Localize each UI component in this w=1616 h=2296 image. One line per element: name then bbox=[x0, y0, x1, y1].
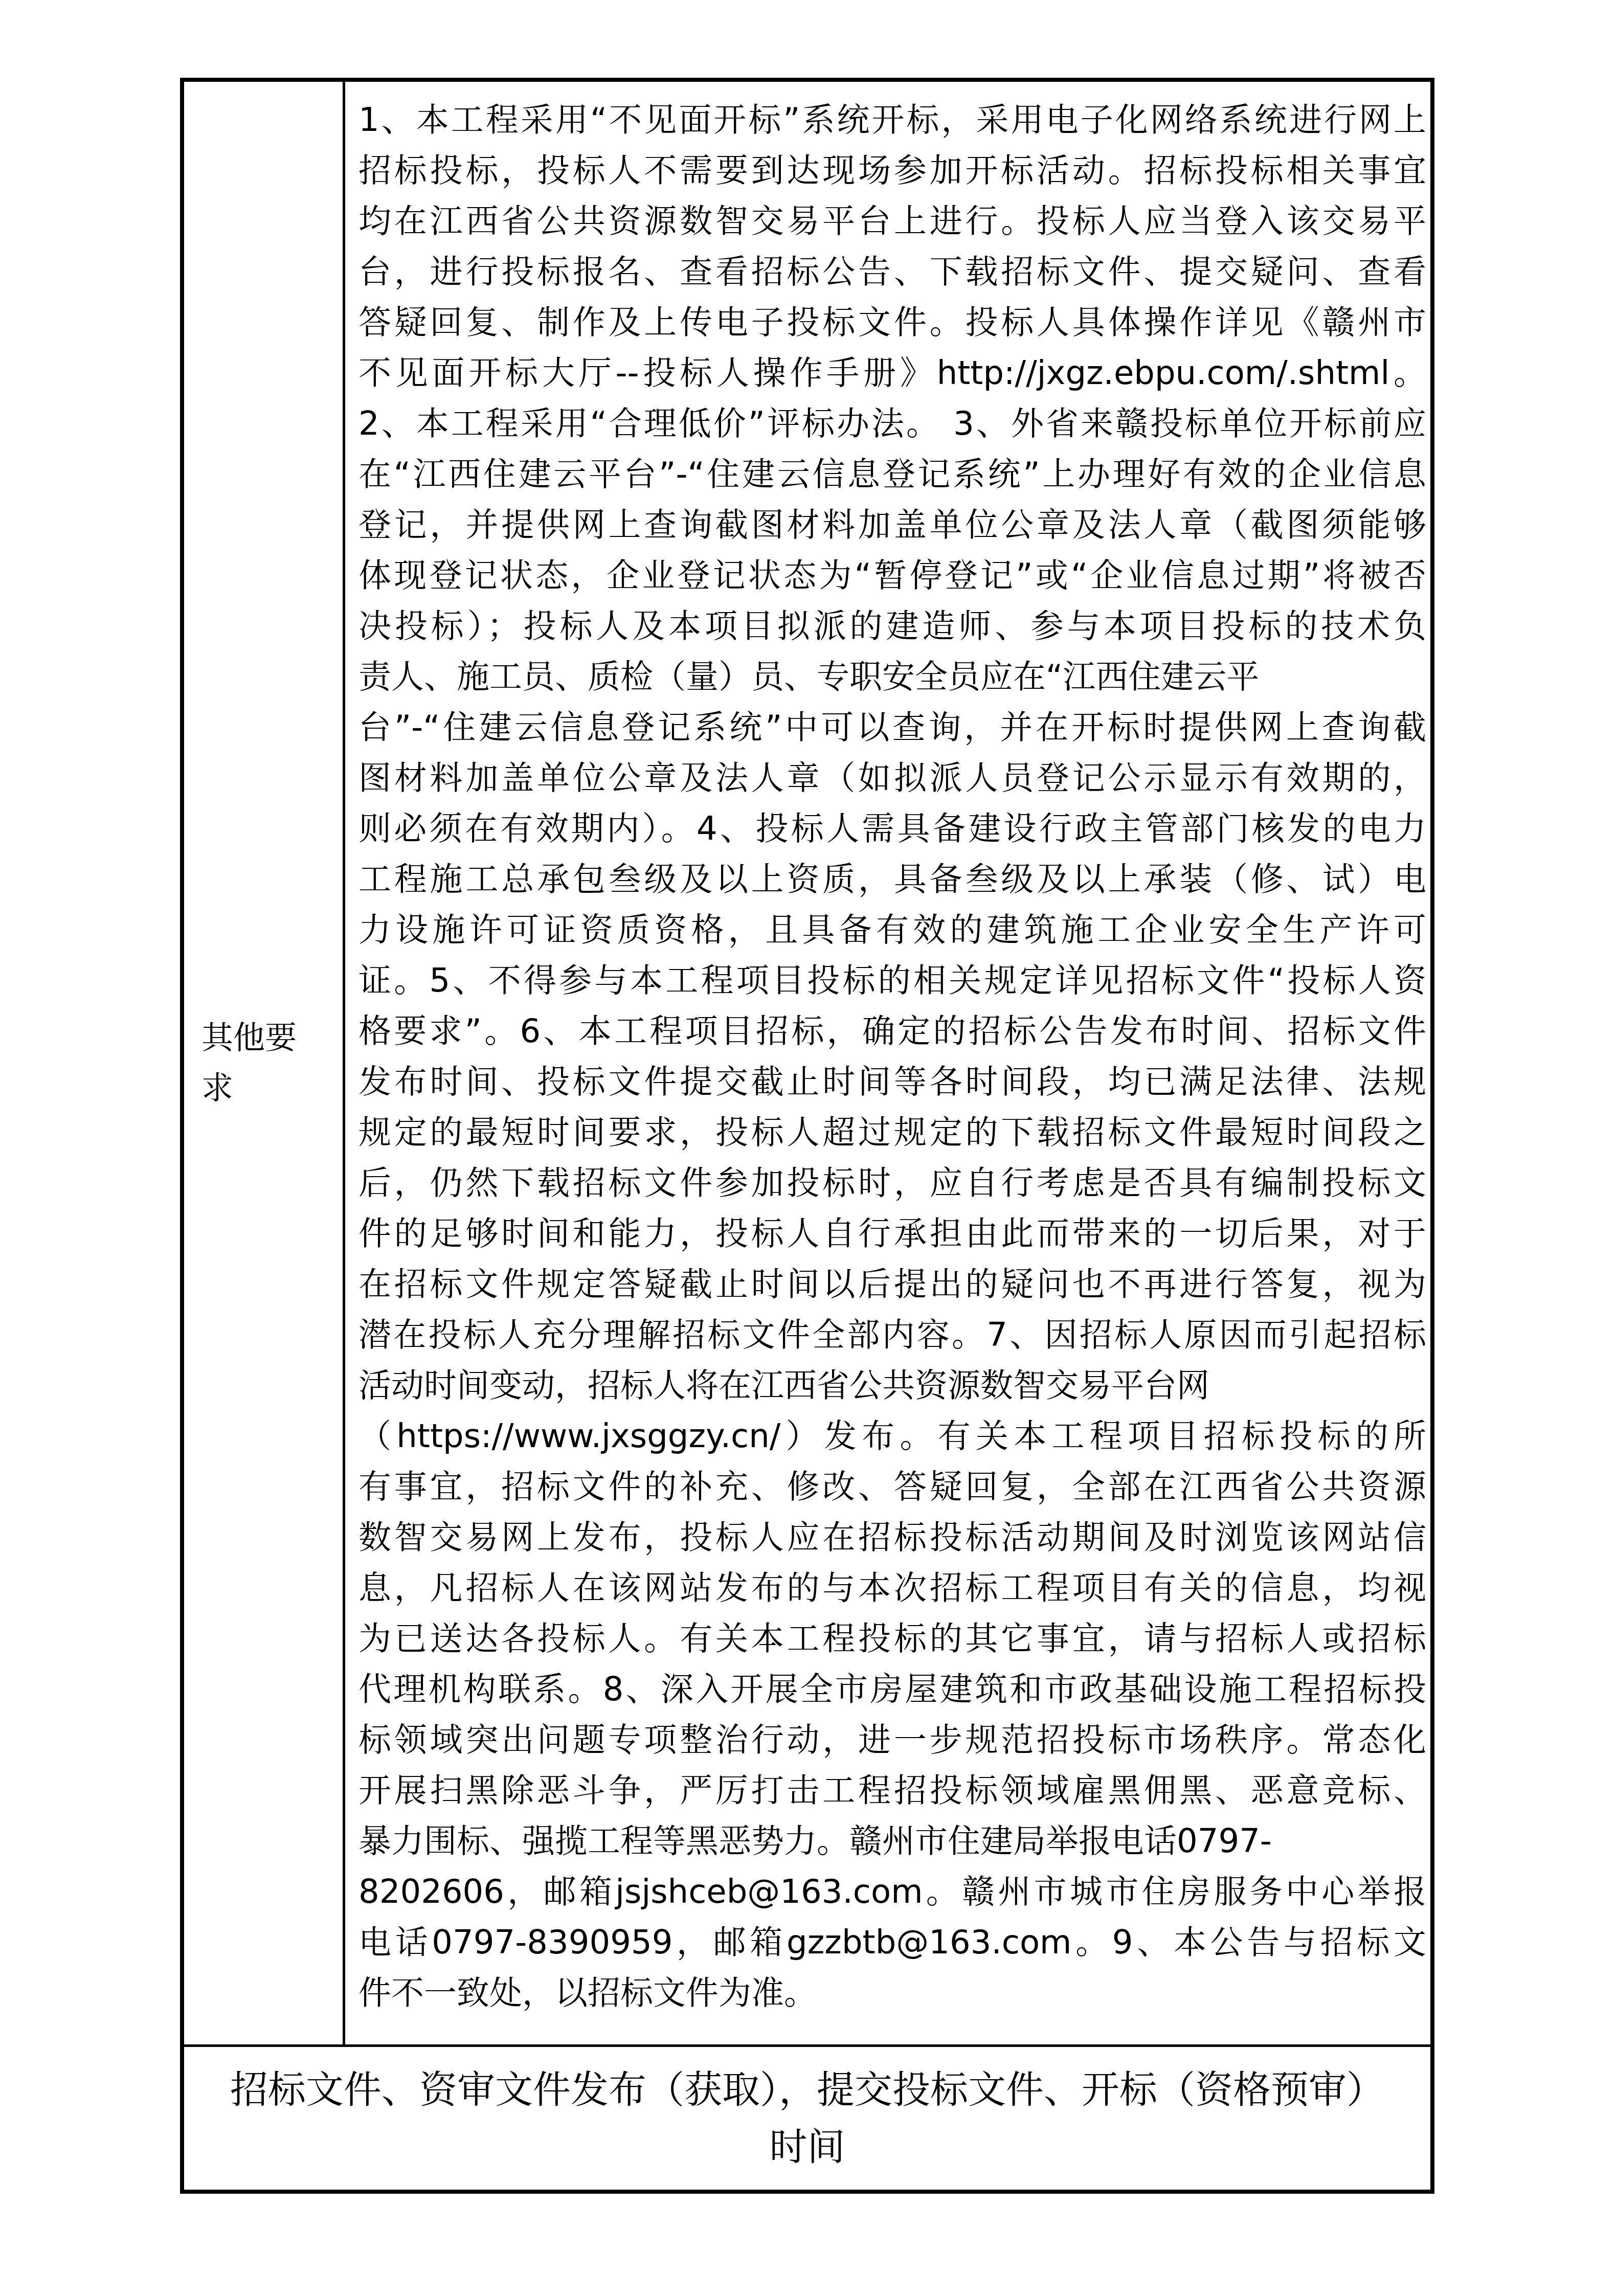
other-requirements-row: 其他要求 1、本工程采用“不见面开标”系统开标，采用电子化网络系统进行网上招标投… bbox=[184, 82, 1430, 2047]
text-line: 台”-“住建云信息登记系统”中可以查询，并在开标时提供网上查询截 bbox=[358, 703, 1426, 753]
text-line: 息，凡招标人在该网站发布的与本次招标工程项目有关的信息，均视 bbox=[358, 1563, 1426, 1614]
text-line: 暴力围标、强揽工程等黑恶势力。赣州市住建局举报电话0797- bbox=[358, 1816, 1426, 1867]
text-line: 代理机构联系。8、深入开展全市房屋建筑和市政基础设施工程招标投 bbox=[358, 1664, 1426, 1715]
text-line: 证。5、不得参与本工程项目投标的相关规定详见招标文件“投标人资 bbox=[358, 956, 1426, 1006]
text-line: 件的足够时间和能力，投标人自行承担由此而带来的一切后果，对于 bbox=[358, 1209, 1426, 1259]
text-line: 决投标）；投标人及本项目拟派的建造师、参与本项目投标的技术负 bbox=[358, 601, 1426, 652]
text-line: 后，仍然下载招标文件参加投标时，应自行考虑是否具有编制投标文 bbox=[358, 1158, 1426, 1209]
text-line: 有事宜，招标文件的补充、修改、答疑回复，全部在江西省公共资源 bbox=[358, 1462, 1426, 1513]
text-line: 发布时间、投标文件提交截止时间等各时间段，均已满足法律、法规 bbox=[358, 1057, 1426, 1108]
row-header-cell: 其他要求 bbox=[184, 82, 345, 2044]
text-line: （https://www.jxsggzy.cn/）发布。有关本工程项目招标投标的… bbox=[358, 1411, 1426, 1462]
text-line: 数智交易网上发布，投标人应在招标投标活动期间及时浏览该网站信 bbox=[358, 1513, 1426, 1563]
text-line: 则必须在有效期内）。4、投标人需具备建设行政主管部门核发的电力 bbox=[358, 804, 1426, 854]
text-line: 2、本工程采用“合理低价”评标办法。 3、外省来赣投标单位开标前应 bbox=[358, 399, 1426, 449]
text-line: 登记，并提供网上查询截图材料加盖单位公章及法人章（截图须能够 bbox=[358, 500, 1426, 551]
text-line: 为已送达各投标人。有关本工程投标的其它事宜，请与招标人或招标 bbox=[358, 1614, 1426, 1664]
text-line: 8202606，邮箱jsjshceb@163.com。赣州市城市住房服务中心举报 bbox=[358, 1867, 1426, 1918]
tender-notice-table: 其他要求 1、本工程采用“不见面开标”系统开标，采用电子化网络系统进行网上招标投… bbox=[180, 78, 1434, 2194]
footer-row-title-line-2: 时间 bbox=[770, 2119, 845, 2176]
text-line: 责人、施工员、质检（量）员、专职安全员应在“江西住建云平 bbox=[358, 652, 1426, 703]
text-line: 答疑回复、制作及上传电子投标文件。投标人具体操作详见《赣州市 bbox=[358, 298, 1426, 348]
text-line: 标领域突出问题专项整治行动，进一步规范招投标市场秩序。常态化 bbox=[358, 1715, 1426, 1766]
footer-row-title-line-1: 招标文件、资审文件发布（获取），提交投标文件、开标（资格预审） bbox=[230, 2061, 1384, 2119]
text-line: 电话0797-8390959，邮箱gzzbtb@163.com。9、本公告与招标… bbox=[358, 1918, 1426, 1968]
text-line: 体现登记状态，企业登记状态为“暂停登记”或“企业信息过期”将被否 bbox=[358, 551, 1426, 601]
text-line: 图材料加盖单位公章及法人章（如拟派人员登记公示显示有效期的， bbox=[358, 753, 1426, 804]
text-line: 潜在投标人充分理解招标文件全部内容。7、因招标人原因而引起招标 bbox=[358, 1310, 1426, 1361]
other-requirements-text: 1、本工程采用“不见面开标”系统开标，采用电子化网络系统进行网上招标投标，投标人… bbox=[358, 95, 1426, 2019]
text-line: 件不一致处，以招标文件为准。 bbox=[358, 1968, 1426, 2019]
text-line: 力设施许可证资质资格，且具备有效的建筑施工企业安全生产许可 bbox=[358, 905, 1426, 956]
text-line: 规定的最短时间要求，投标人超过规定的下载招标文件最短时间段之 bbox=[358, 1108, 1426, 1158]
footer-row: 招标文件、资审文件发布（获取），提交投标文件、开标（资格预审） 时间 bbox=[184, 2047, 1430, 2190]
text-line: 1、本工程采用“不见面开标”系统开标，采用电子化网络系统进行网上 bbox=[358, 95, 1426, 146]
text-line: 格要求”。6、本工程项目招标，确定的招标公告发布时间、招标文件 bbox=[358, 1006, 1426, 1057]
text-line: 台，进行投标报名、查看招标公告、下载招标文件、提交疑问、查看 bbox=[358, 247, 1426, 298]
text-line: 均在江西省公共资源数智交易平台上进行。投标人应当登入该交易平 bbox=[358, 196, 1426, 247]
text-line: 招标投标，投标人不需要到达现场参加开标活动。招标投标相关事宜 bbox=[358, 146, 1426, 196]
text-line: 在招标文件规定答疑截止时间以后提出的疑问也不再进行答复，视为 bbox=[358, 1259, 1426, 1310]
row-header-label: 其他要求 bbox=[201, 1013, 304, 1113]
text-line: 活动时间变动，招标人将在江西省公共资源数智交易平台网 bbox=[358, 1361, 1426, 1411]
other-requirements-content-cell: 1、本工程采用“不见面开标”系统开标，采用电子化网络系统进行网上招标投标，投标人… bbox=[345, 82, 1430, 2044]
text-line: 在“江西住建云平台”-“住建云信息登记系统”上办理好有效的企业信息 bbox=[358, 449, 1426, 500]
text-line: 不见面开标大厅--投标人操作手册》http://jxgz.ebpu.com/.s… bbox=[358, 348, 1426, 399]
text-line: 开展扫黑除恶斗争，严厉打击工程招投标领域雇黑佣黑、恶意竞标、 bbox=[358, 1766, 1426, 1816]
text-line: 工程施工总承包叁级及以上资质，具备叁级及以上承装（修、试）电 bbox=[358, 854, 1426, 905]
